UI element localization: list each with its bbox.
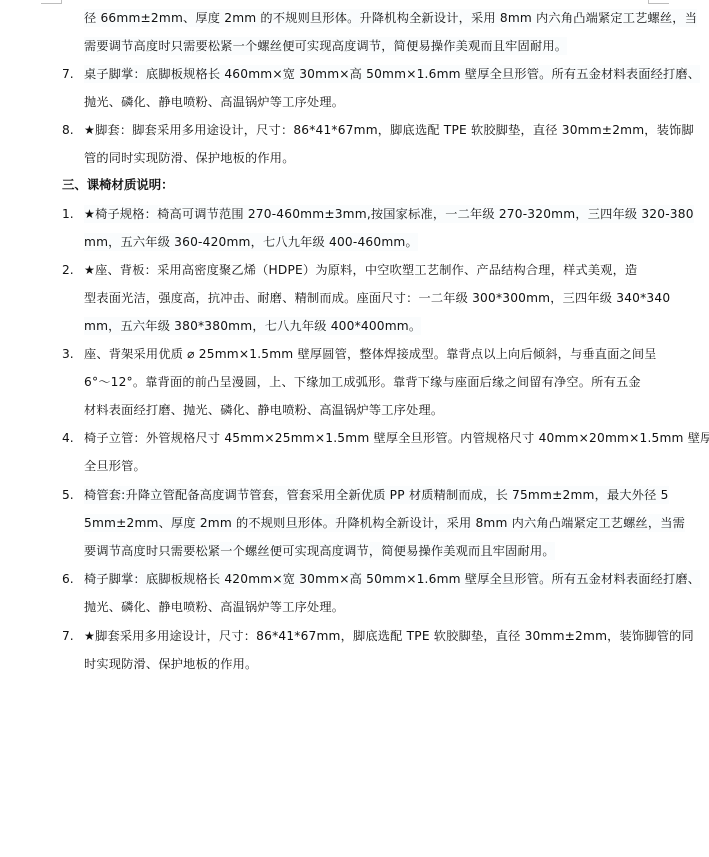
- list-number: 6.: [62, 570, 74, 588]
- continued-text-line: 需要调节高度时只需要松紧一个螺丝便可实现高度调节，简便易操作美观而且牢固耐用。: [84, 37, 567, 55]
- page-corner-mark-right: [648, 0, 669, 4]
- list-number: 3.: [62, 345, 74, 363]
- list-item-text: 座、背架采用优质 ⌀ 25mm×1.5mm 壁厚圆管，整体焊接成型。靠背点以上向…: [84, 345, 657, 363]
- continued-text-line: 径 66mm±2mm、厚度 2mm 的不规则旦形体。升降机构全新设计，采用 8m…: [84, 9, 697, 27]
- list-item-text: 抛光、磷化、静电喷粉、高温锅炉等工序处理。: [84, 598, 344, 616]
- list-number: 8.: [62, 121, 74, 139]
- list-number: 2.: [62, 261, 74, 279]
- list-item-text: 椅管套:升降立管配备高度调节管套，管套采用全新优质 PP 材质精制而成，长 75…: [84, 486, 669, 504]
- list-item-text: 时实现防滑、保护地板的作用。: [84, 655, 257, 673]
- list-item-text: ★座、背板：采用高密度聚乙烯（HDPE）为原料，中空吹塑工艺制作、产品结构合理，…: [84, 261, 637, 279]
- list-item-text: 桌子脚掌：底脚板规格长 460mm×宽 30mm×高 50mm×1.6mm 壁厚…: [84, 65, 700, 83]
- page-corner-mark-left: [41, 0, 62, 4]
- list-item-text: mm，五六年级 380*380mm，七八九年级 400*400mm。: [84, 317, 421, 335]
- list-item-text: 全旦形管。: [84, 457, 146, 475]
- list-number: 5.: [62, 486, 74, 504]
- list-number: 7.: [62, 627, 74, 645]
- list-item-text: 型表面光洁，强度高，抗冲击、耐磨、精制而成。座面尺寸：一二年级 300*300m…: [84, 289, 670, 307]
- list-item-text: 材料表面经打磨、抛光、磷化、静电喷粉、高温锅炉等工序处理。: [84, 401, 443, 419]
- list-number: 1.: [62, 205, 74, 223]
- list-item-text: 椅子脚掌：底脚板规格长 420mm×宽 30mm×高 50mm×1.6mm 壁厚…: [84, 570, 700, 588]
- list-item-text: ★椅子规格：椅高可调节范围 270-460mm±3mm,按国家标准，一二年级 2…: [84, 205, 694, 223]
- list-item-text: ★脚套：脚套采用多用途设计，尺寸：86*41*67mm，脚底选配 TPE 软胶脚…: [84, 121, 694, 139]
- list-item-text: mm，五六年级 360-420mm，七八九年级 400-460mm。: [84, 233, 418, 251]
- list-item-text: 6°～12°。靠背面的前凸呈漫圆，上、下缘加工成弧形。靠背下缘与座面后缘之间留有…: [84, 373, 641, 391]
- document-page: 径 66mm±2mm、厚度 2mm 的不规则旦形体。升降机构全新设计，采用 8m…: [0, 0, 709, 857]
- section-heading: 三、课椅材质说明：: [62, 176, 174, 194]
- list-item-text: ★脚套采用多用途设计，尺寸：86*41*67mm，脚底选配 TPE 软胶脚垫，直…: [84, 627, 694, 645]
- list-number: 7.: [62, 65, 74, 83]
- list-item-text: 5mm±2mm、厚度 2mm 的不规则旦形体。升降机构全新设计，采用 8mm 内…: [84, 514, 685, 532]
- list-item-text: 椅子立管：外管规格尺寸 45mm×25mm×1.5mm 壁厚全旦形管。内管规格尺…: [84, 429, 709, 447]
- list-item-text: 管的同时实现防滑、保护地板的作用。: [84, 149, 295, 167]
- list-item-text: 抛光、磷化、静电喷粉、高温锅炉等工序处理。: [84, 93, 344, 111]
- list-number: 4.: [62, 429, 74, 447]
- list-item-text: 要调节高度时只需要松紧一个螺丝便可实现高度调节，简便易操作美观而且牢固耐用。: [84, 542, 555, 560]
